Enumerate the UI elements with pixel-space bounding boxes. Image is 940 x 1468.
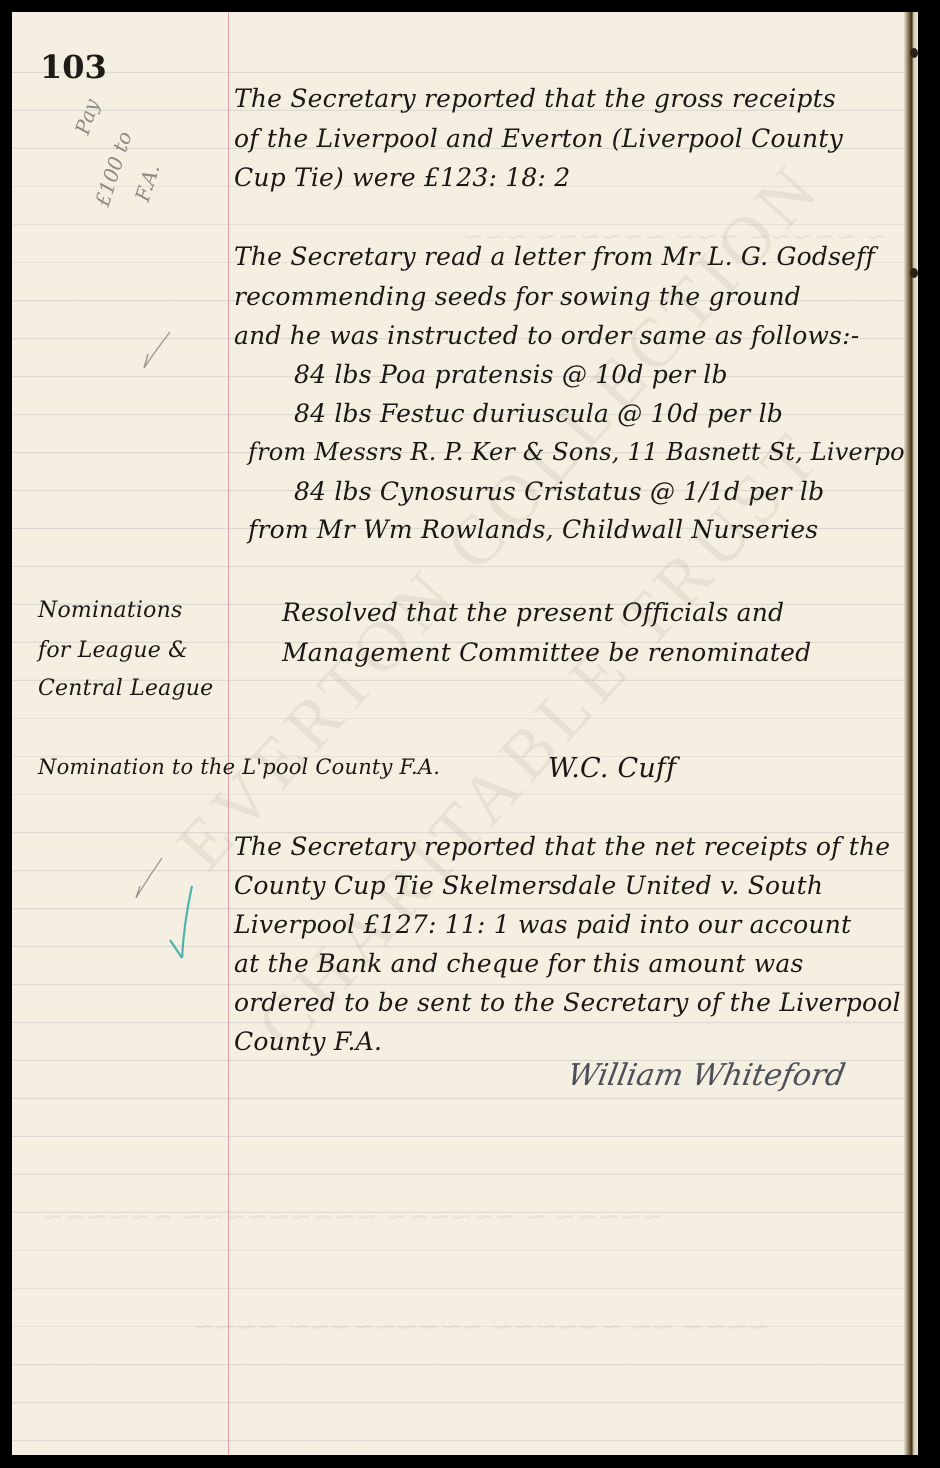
entry-line: County F.A.	[234, 1027, 382, 1056]
order-item: 84 lbs Cynosurus Cristatus @ 1/1d per lb	[294, 477, 824, 506]
ledger-page: ~ ~~~~~ ~~~ ~~~~~~ ~~~ ~~~~~ ~ ~~~~~~ ~~…	[12, 12, 918, 1455]
pencil-note: F.A.	[130, 161, 165, 204]
order-item: 84 lbs Festuc duriuscula @ 10d per lb	[294, 399, 783, 428]
entry-line: The Secretary reported that the gross re…	[234, 84, 836, 113]
entry-line: recommending seeds for sowing the ground	[234, 282, 801, 311]
bleed-through-text: ~~~~~ ~ ~~~~~~ ~~~~~~~~~ ~~~~~~	[42, 1202, 663, 1232]
entry-line: of the Liverpool and Everton (Liverpool …	[234, 124, 843, 153]
margin-heading-line: Nominations	[38, 598, 182, 623]
pencil-note: Pay	[70, 96, 104, 137]
entry-line: The Secretary reported that the net rece…	[234, 832, 890, 861]
entry-line: The Secretary read a letter from Mr L. G…	[234, 242, 875, 271]
chairman-signature: William Whiteford	[565, 1058, 848, 1093]
pencil-note: £100 to	[90, 128, 137, 209]
entry-line: Management Committee be renominated	[282, 638, 811, 667]
bleed-through-text: ~~~~ ~~ ~~~~~~ ~~~~~~~~~ ~~~~	[192, 1312, 770, 1342]
entry-line: Liverpool £127: 11: 1 was paid into our …	[234, 910, 851, 939]
entry-line: Resolved that the present Officials and	[282, 598, 784, 627]
check-mark-icon	[138, 328, 174, 374]
entry-line: and he was instructed to order same as f…	[234, 321, 859, 350]
entry-line: at the Bank and cheque for this amount w…	[234, 949, 803, 978]
binding-blot	[910, 48, 918, 58]
margin-heading-line: Nomination to the L'pool County F.A.	[38, 755, 440, 779]
margin-heading-line: Central League	[38, 676, 213, 701]
margin-rule	[228, 12, 229, 1455]
nominee-name: W.C. Cuff	[548, 753, 676, 784]
teal-check-mark-icon	[164, 882, 198, 964]
binding-blot	[910, 268, 918, 278]
book-binding-edge	[904, 12, 918, 1455]
entry-line: ordered to be sent to the Secretary of t…	[234, 988, 901, 1017]
entry-line: Cup Tie) were £123: 18: 2	[234, 163, 570, 192]
order-supplier: from Mr Wm Rowlands, Childwall Nurseries	[248, 515, 818, 544]
page-number: 103	[40, 48, 107, 86]
order-supplier: from Messrs R. P. Ker & Sons, 11 Basnett…	[248, 438, 918, 466]
check-mark-icon	[130, 854, 166, 904]
entry-line: County Cup Tie Skelmersdale United v. So…	[234, 871, 823, 900]
margin-heading-line: for League &	[38, 638, 188, 663]
order-item: 84 lbs Poa pratensis @ 10d per lb	[294, 360, 728, 389]
